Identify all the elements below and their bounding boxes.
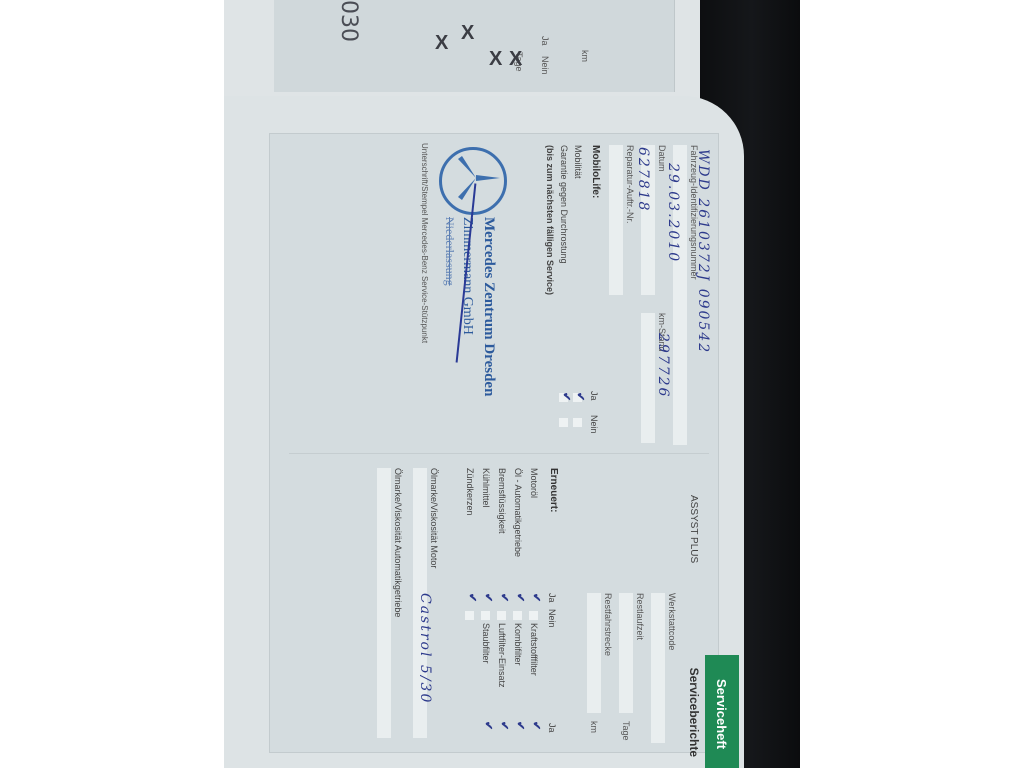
order-field [609,145,623,295]
gearbox-oil-tick: ✔ [514,593,527,602]
brake-fluid-nein-checkbox [497,611,506,620]
order-label: Reparatur-Auftr.-Nr. [625,145,635,224]
renewed-nein-label: Nein [547,609,557,628]
page-heading: Serviceberichte [687,668,701,757]
fuel-filter-label: Kraftstofffilter [529,623,539,676]
workshop-code-label: Werkstattcode [667,593,677,650]
stamp-company: Mercedes Zentrum Dresden [480,217,497,396]
rust-warranty-nein-checkbox [559,418,568,427]
stamp-line-2: Niederlassung [442,217,457,286]
previous-mark: X [489,48,502,71]
fuel-filter-tick: ✔ [530,721,543,730]
serviceheft-tab: Serviceheft [705,655,739,768]
previous-page-form [274,0,675,92]
renewed-title: Erneuert: [548,468,559,512]
remaining-time-unit: Tage [621,721,631,741]
brake-fluid-tick: ✔ [498,593,511,602]
remaining-distance-unit: km [589,721,599,733]
order-value: 627818 [635,147,651,212]
service-report-page: Serviceheft Serviceberichte ASSYST PLUS … [224,96,744,768]
dust-filter-label: Staubfilter [481,623,491,664]
remaining-time-label: Restlaufzeit [635,593,645,640]
km-field [641,313,655,443]
coolant-nein-checkbox [481,611,490,620]
dust-filter-tick: ✔ [482,721,495,730]
date-value: 29.03.2010 [665,163,681,263]
oil-gear-field [377,468,391,738]
previous-mark: X [461,22,474,45]
previous-mark: X [435,32,448,55]
air-filter-tick: ✔ [498,721,511,730]
remaining-distance-label: Restfahrstrecke [603,593,613,656]
rust-warranty-ja-tick: ✔ [560,392,573,401]
previous-km-fragment: 030 [336,0,361,42]
km-value: 297726 [655,333,671,398]
coolant-tick: ✔ [482,593,495,602]
previous-ja-nein-label-ja: Ja [540,36,550,46]
column-divider [289,453,709,454]
oil-motor-label: Ölmarke/Viskosität Motor [429,468,439,568]
assyst-plus-label: ASSYST PLUS [688,495,699,563]
renewed-right-ja-label: Ja [547,723,557,733]
remaining-distance-field [587,593,601,713]
coolant-label: Kühlmittel [481,468,491,508]
spark-plugs-nein-checkbox [465,611,474,620]
remaining-time-field [619,593,633,713]
oil-gear-label: Ölmarke/Viskosität Automatikgetriebe [393,468,403,617]
gearbox-oil-nein-checkbox [513,611,522,620]
combi-filter-label: Kombifilter [513,623,523,666]
vin-value: WDD 2610372J 090542 [695,149,711,354]
mobilolife-ja-label: Ja [589,391,599,401]
brake-fluid-label: Bremsflüssigkeit [497,468,507,534]
gearbox-oil-label: Öl - Automatikgetriebe [513,468,523,557]
signature-caption: Unterschrift/Stempel Mercedes-Benz Servi… [420,143,429,343]
engine-oil-tick: ✔ [530,593,543,602]
mobility-label: Mobilität [573,145,583,179]
mobility-ja-tick: ✔ [574,392,587,401]
workshop-code-field [651,593,665,743]
spark-plugs-label: Zündkerzen [465,468,475,516]
mobility-nein-checkbox [573,418,582,427]
photo: 030 Ja Nein Tage km X X X X Serviceheft … [224,0,800,768]
mercedes-star-icon-svg [448,150,504,206]
mobilolife-title: MobiloLife: [590,145,601,198]
air-filter-label: Luftfilter-Einsatz [497,623,507,688]
rust-warranty-label: Garantie gegen Durchrostung [559,145,569,264]
previous-km-label: km [580,50,590,62]
engine-oil-nein-checkbox [529,611,538,620]
previous-ja-nein-label-nein: Nein [540,56,550,75]
rotated-page-content: Serviceheft Serviceberichte ASSYST PLUS … [259,123,729,763]
previous-mark: X [509,48,522,71]
oil-motor-value: Castrol 5/30 [417,593,433,704]
engine-oil-label: Motoröl [529,468,539,498]
renewed-ja-label: Ja [547,593,557,603]
spark-plugs-tick: ✔ [466,593,479,602]
until-next-service-note: (bis zum nächsten fälligen Service) [545,145,555,295]
combi-filter-tick: ✔ [514,721,527,730]
mobilolife-nein-label: Nein [589,415,599,434]
